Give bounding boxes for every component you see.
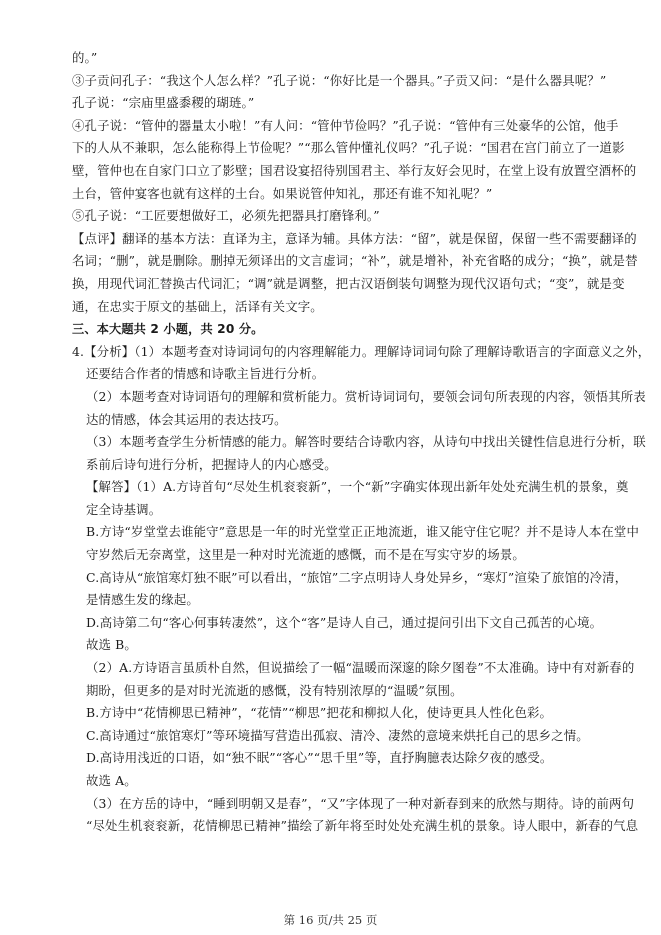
text-line: 系前后诗句进行分析，把握诗人的内心感受。 [72,454,592,477]
text-line: 期盼，但更多的是对时光流逝的感慨，没有特别浓厚的“温暖”氛围。 [72,680,592,703]
text-line: 名词；“删”，就是删除。删掉无须译出的文言虚词；“补”，就是增补，补充省略的成分… [72,250,592,273]
text-line: 故选 A。 [72,770,592,793]
text-line: 【解答】（1）A.方诗首句“尽处生机衮衮新”，一个“新”字确实体现出新年处处充满… [72,476,592,499]
text-line: 定全诗基调。 [72,499,592,522]
page-footer: 第 16 页/共 25 页 [0,912,661,928]
document-page: 的。”③子贡问孔子：“我这个人怎么样？”孔子说：“你好比是一个器具。”子贡又问：… [72,47,592,838]
text-line: 还要结合作者的情感和诗歌主旨进行分析。 [72,363,592,386]
text-line: ⑤孔子说：“工匠要想做好工，必须先把器具打磨锋利。” [72,205,592,228]
text-line: 【点评】翻译的基本方法：直译为主，意译为辅。具体方法：“留”，就是保留，保留一些… [72,228,592,251]
text-line: D.高诗第二句“客心何事转凄然”，这个“客”是诗人自己，通过提问引出下文自己孤苦… [72,612,592,635]
question-4-analysis-block: 4.【分析】（1）本题考查对诗词词句的内容理解能力。理解诗词词句除了理解诗歌语言… [72,341,592,838]
text-line: C.高诗从“旅馆寒灯独不眠”可以看出，“旅馆”二字点明诗人身处异乡，“寒灯”渲染… [72,567,592,590]
translation-and-comment-block: 的。”③子贡问孔子：“我这个人怎么样？”孔子说：“你好比是一个器具。”子贡又问：… [72,47,592,318]
text-line: （3）在方岳的诗中，“睡到明朝又是春”，“又”字体现了一种对新春到来的欣然与期待… [72,793,592,816]
text-line: ③子贡问孔子：“我这个人怎么样？”孔子说：“你好比是一个器具。”子贡又问：“是什… [72,70,592,93]
text-line: 下的人从不兼职，怎么能称得上节俭呢？”“那么管仲懂礼仪吗？”孔子说：“国君在宫门… [72,137,592,160]
text-line: 达的情感，体会其运用的表达技巧。 [72,409,592,432]
text-line: D.高诗用浅近的口语，如“独不眠”“客心”“思千里”等，直抒胸臆表达除夕夜的感受… [72,747,592,770]
text-line: C.高诗通过“旅馆寒灯”等环境描写营造出孤寂、清冷、凄然的意境来烘托自己的思乡之… [72,725,592,748]
text-line: 是情感生发的缘起。 [72,589,592,612]
text-line: 壁，管仲也在自家门口立了影壁；国君设宴招待别国君主、举行友好会见时，在堂上设有放… [72,160,592,183]
text-line: 的。” [72,47,592,70]
text-line: 换，用现代词汇替换古代词汇；“调”就是调整，把古汉语倒装句调整为现代汉语句式；“… [72,273,592,296]
text-line: ④孔子说：“管仲的器量太小啦！”有人问：“管仲节俭吗？”孔子说：“管仲有三处豪华… [72,115,592,138]
text-line: 孔子说：“宗庙里盛黍稷的瑚琏。” [72,92,592,115]
text-line: “尽处生机衮衮新，花情柳思已精神”描绘了新年将至时处处充满生机的景象。诗人眼中，… [72,815,592,838]
text-line: 通，在忠实于原文的基础上，活译有关文字。 [72,296,592,319]
text-line: 4.【分析】（1）本题考查对诗词词句的内容理解能力。理解诗词词句除了理解诗歌语言… [72,341,592,364]
text-line: 守岁然后无奈离堂，这里是一种对时光流逝的感慨，而不是在写实守岁的场景。 [72,544,592,567]
text-line: （3）本题考查学生分析情感的能力。解答时要结合诗歌内容，从诗句中找出关键性信息进… [72,431,592,454]
text-line: 故选 B。 [72,634,592,657]
text-line: B.方诗“岁堂堂去谁能守”意思是一年的时光堂堂正正地流逝，谁又能守住它呢？并不是… [72,521,592,544]
section-heading: 三、本大题共 2 小题，共 20 分。 [72,318,592,341]
text-line: （2）本题考查对诗词语句的理解和赏析能力。赏析诗词词句，要领会词句所表现的内容，… [72,386,592,409]
text-line: 土台，管仲宴客也就有这样的土台。如果说管仲知礼，那还有谁不知礼呢？” [72,183,592,206]
text-line: B.方诗中“花情柳思已精神”，“花情”“柳思”把花和柳拟人化，使诗更具人性化色彩… [72,702,592,725]
text-line: （2）A.方诗语言虽质朴自然，但说描绘了一幅“温暖而深邃的除夕图卷”不太准确。诗… [72,657,592,680]
